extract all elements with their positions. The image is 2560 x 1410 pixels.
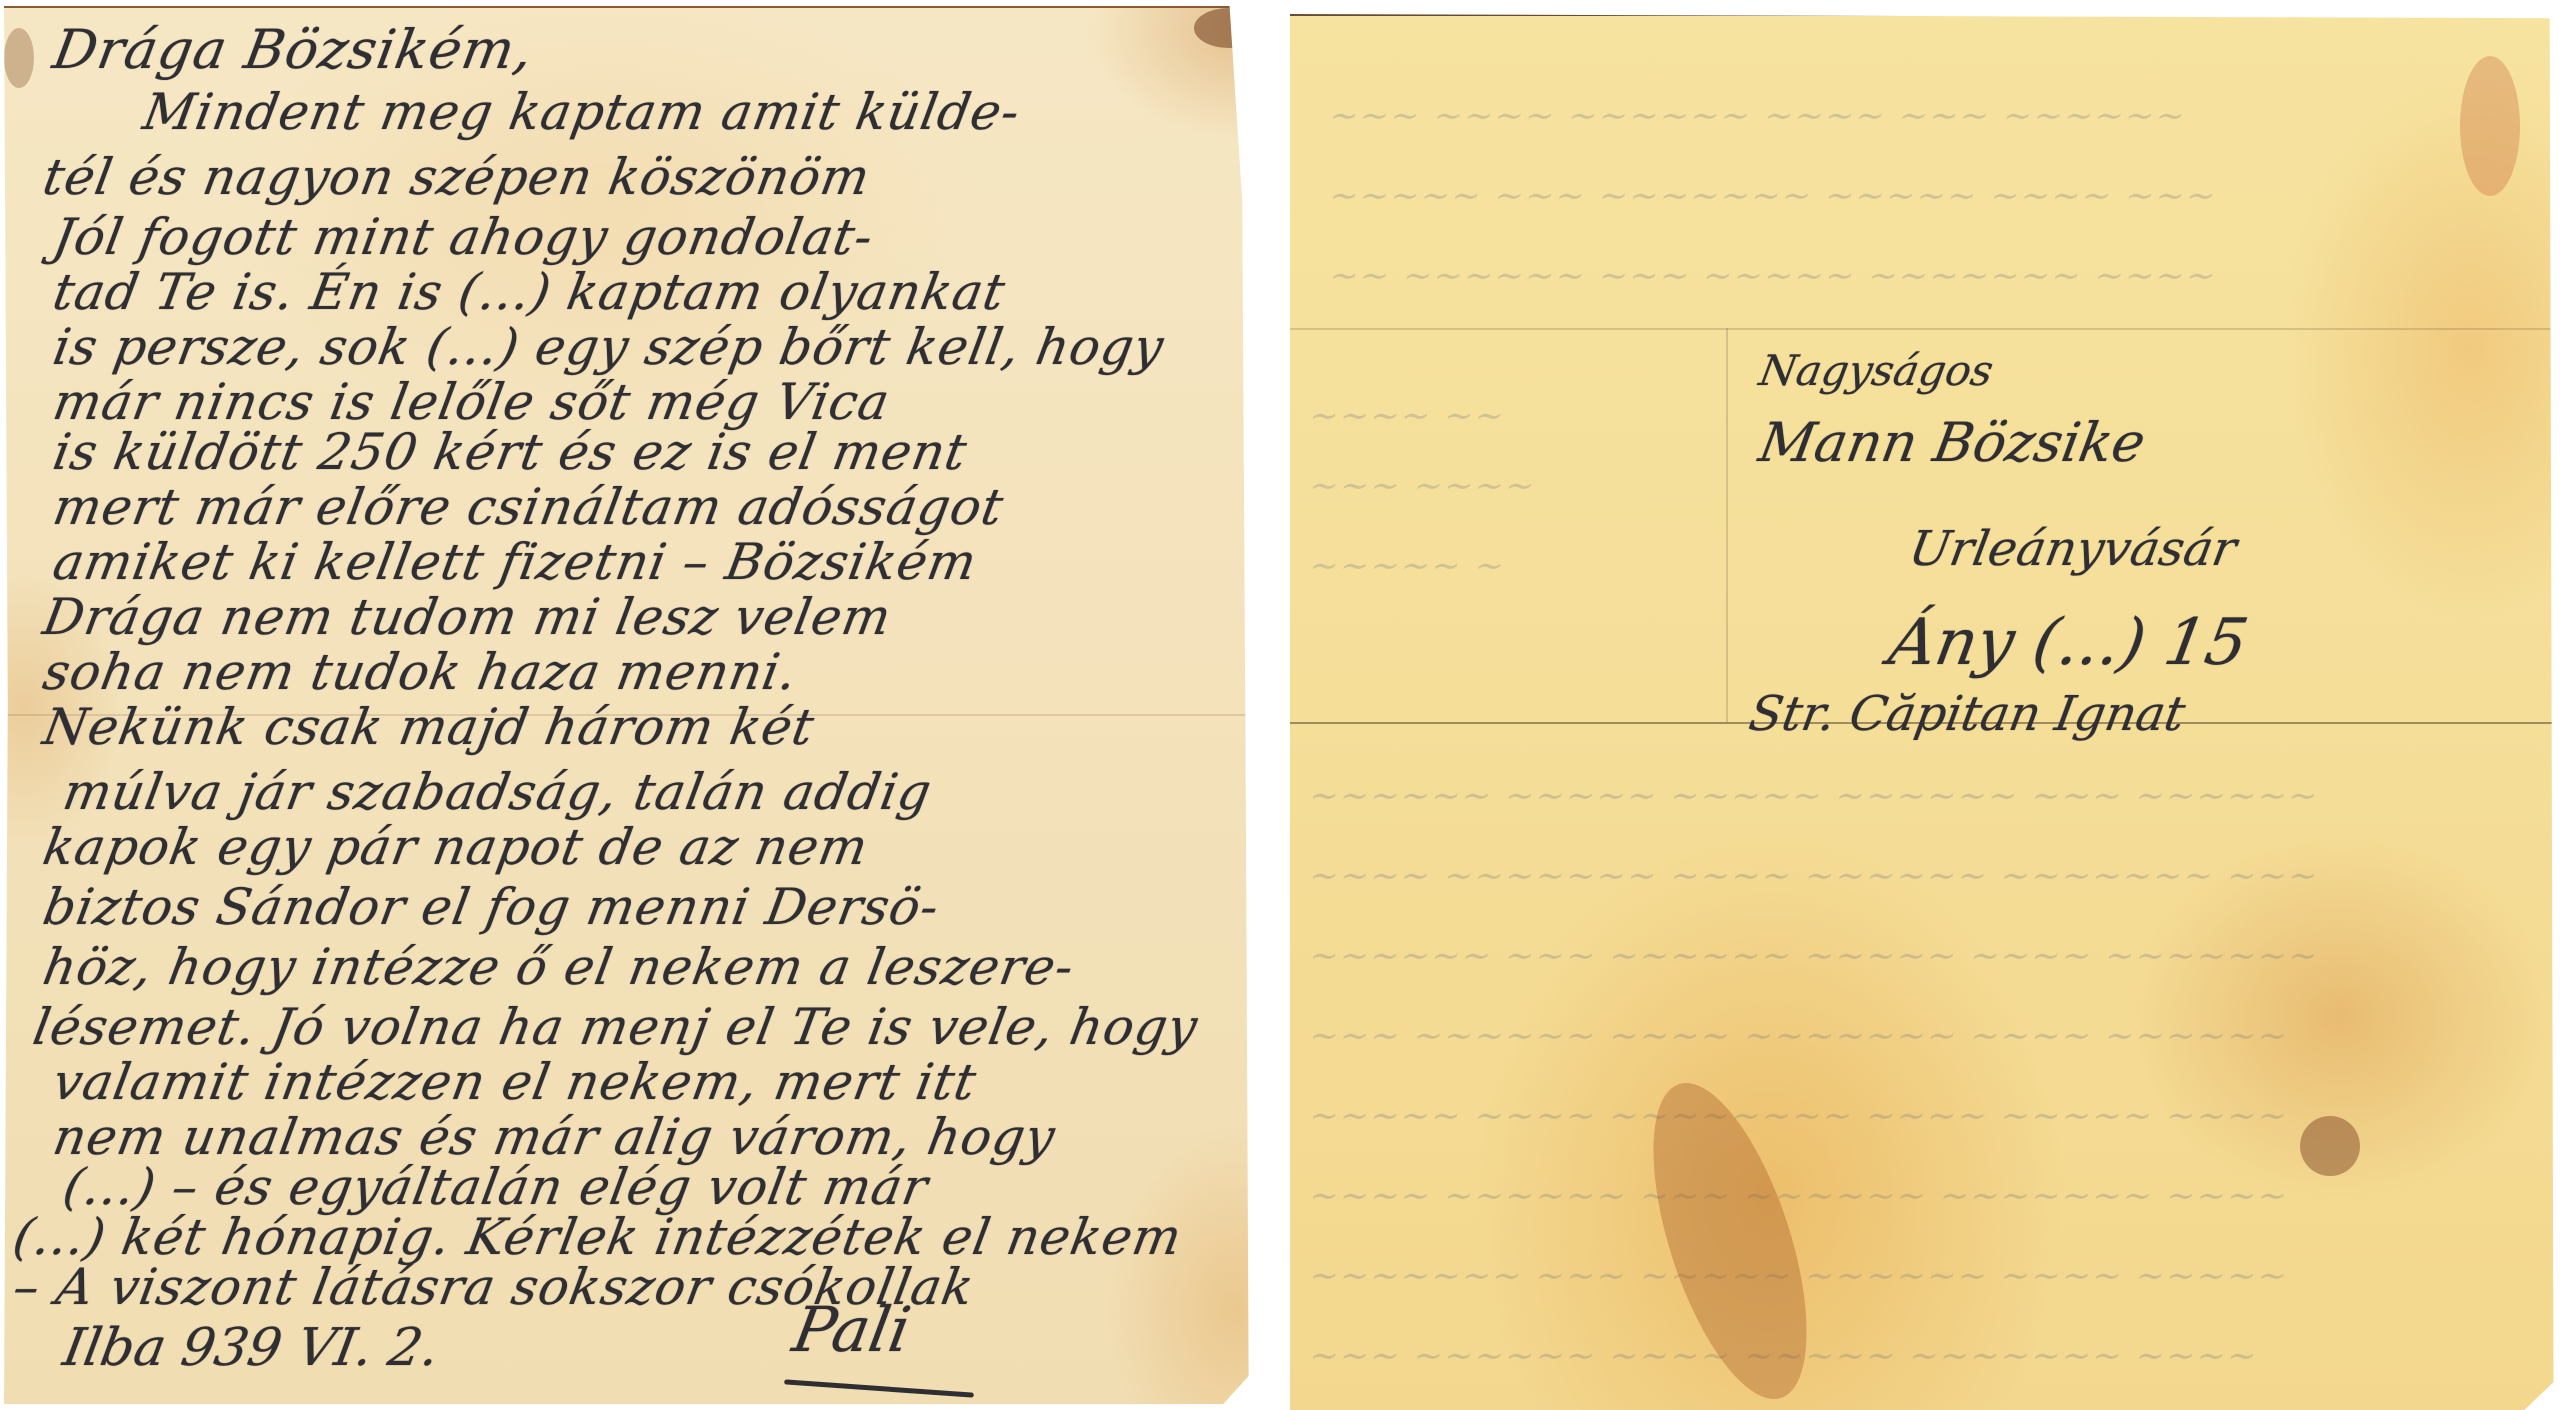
- address-house: Ány (...) 15: [1883, 606, 2253, 680]
- envelope-sheet: ~~~ ~~~~ ~~~~~~ ~~~~ ~~~ ~~~~~~ ~~~~~ ~~…: [1290, 14, 2556, 1410]
- bleed-through-text: ~~~ ~~~~: [1305, 466, 1541, 506]
- stain: [1194, 8, 1264, 48]
- bleed-through-text: ~~~~ ~~: [1305, 396, 1511, 436]
- letter-line: kapok egy pár napot de az nem: [39, 818, 873, 876]
- letter-place-date: Ilba 939 VI. 2.: [59, 1318, 444, 1378]
- letter-line: Mindent meg kaptam amit külde-: [139, 83, 1025, 141]
- bleed-through-text: ~~~~~~ ~~~~~ ~~~~~ ~~~~~~ ~~~ ~~~~~~: [1305, 776, 2324, 816]
- letter-line: mert már előre csináltam adósságot: [49, 478, 1008, 536]
- letter-line: múlva jár szabadság, talán addig: [59, 763, 936, 821]
- letter-line: biztos Sándor el fog menni Dersö-: [39, 878, 944, 936]
- signature-underline: [784, 1379, 974, 1397]
- address-honorific: Nagyságos: [1756, 346, 1997, 395]
- letter-line: Jól fogott mint ahogy gondolat-: [49, 208, 878, 266]
- letter-line: tad Te is. Én is (...) kaptam olyankat: [49, 263, 1010, 321]
- stain: [4, 28, 34, 88]
- bleed-through-text: ~~~ ~~~~~~ ~~~~ ~~~~~ ~~~~~~~ ~~~~: [1305, 1336, 2263, 1376]
- fold-line: [1726, 328, 1728, 722]
- address-street: Str. Căpitan Ignat: [1745, 686, 2189, 742]
- letter-line: höz, hogy intézze ő el nekem a leszere-: [39, 938, 1079, 996]
- bleed-through-text: ~~~~~ ~~~ ~~~~~~~ ~~~~~ ~~~~ ~~~: [1325, 176, 2222, 216]
- stain: [2300, 1116, 2360, 1176]
- letter-signature: Pali: [788, 1293, 916, 1366]
- letter-line: lésemet. Jó volna ha menj el Te is vele,…: [29, 998, 1202, 1056]
- bleed-through-text: ~~~ ~~~~ ~~~~~~ ~~~~ ~~~ ~~~~~~: [1325, 96, 2192, 136]
- bleed-through-text: ~~~~ ~~~~~~ ~~~ ~~~~~~ ~~~~~~~ ~~~~: [1305, 1176, 2294, 1216]
- letter-line: amiket ki kellett fizetni – Bözsikém: [49, 533, 982, 591]
- letter-line: soha nem tudok haza menni.: [39, 643, 802, 701]
- address-town: Urleányvásár: [1905, 521, 2241, 577]
- bleed-through-text: ~~~~ ~~~~~~~ ~~~~ ~~~~~~ ~~~~~~~ ~~~: [1305, 856, 2324, 896]
- letter-line: is küldött 250 kért és ez is el ment: [49, 423, 972, 481]
- letter-line: valamit intézzen el nekem, mert itt: [49, 1053, 981, 1111]
- bleed-through-text: ~~ ~~~~~~ ~~~ ~~~~~ ~~~~~~~ ~~~~: [1325, 256, 2222, 296]
- letter-sheet: Drága Bözsikém, Mindent meg kaptam amit …: [4, 6, 1274, 1404]
- stain: [2460, 56, 2520, 196]
- address-recipient-name: Mann Bözsike: [1754, 411, 2150, 474]
- letter-line: is persze, sok (...) egy szép bőrt kell,…: [49, 318, 1169, 376]
- fold-line: [1290, 328, 2556, 330]
- bleed-through-text: ~~~~~~ ~~~ ~~~~~~ ~~~~~ ~~~~ ~~~~~~~: [1305, 936, 2324, 976]
- bleed-through-text: ~~~~~ ~: [1305, 546, 1511, 586]
- letter-line: Drága nem tudom mi lesz velem: [39, 588, 896, 646]
- bleed-through-text: ~~~ ~~~~~~ ~~~~ ~~~~~~~ ~~~~ ~~~~~~: [1305, 1016, 2294, 1056]
- bleed-through-text: ~~~~~ ~~~~ ~~~~~~~~ ~~~~ ~~~~~ ~~~~: [1305, 1096, 2294, 1136]
- letter-line: Nekünk csak majd három két: [39, 698, 819, 756]
- letter-line: tél és nagyon szépen köszönöm: [39, 148, 875, 206]
- bleed-through-text: ~~~~~~~ ~~~ ~~~~~ ~~~~~~ ~~~~ ~~~~~: [1305, 1256, 2294, 1296]
- letter-salutation: Drága Bözsikém,: [48, 18, 538, 81]
